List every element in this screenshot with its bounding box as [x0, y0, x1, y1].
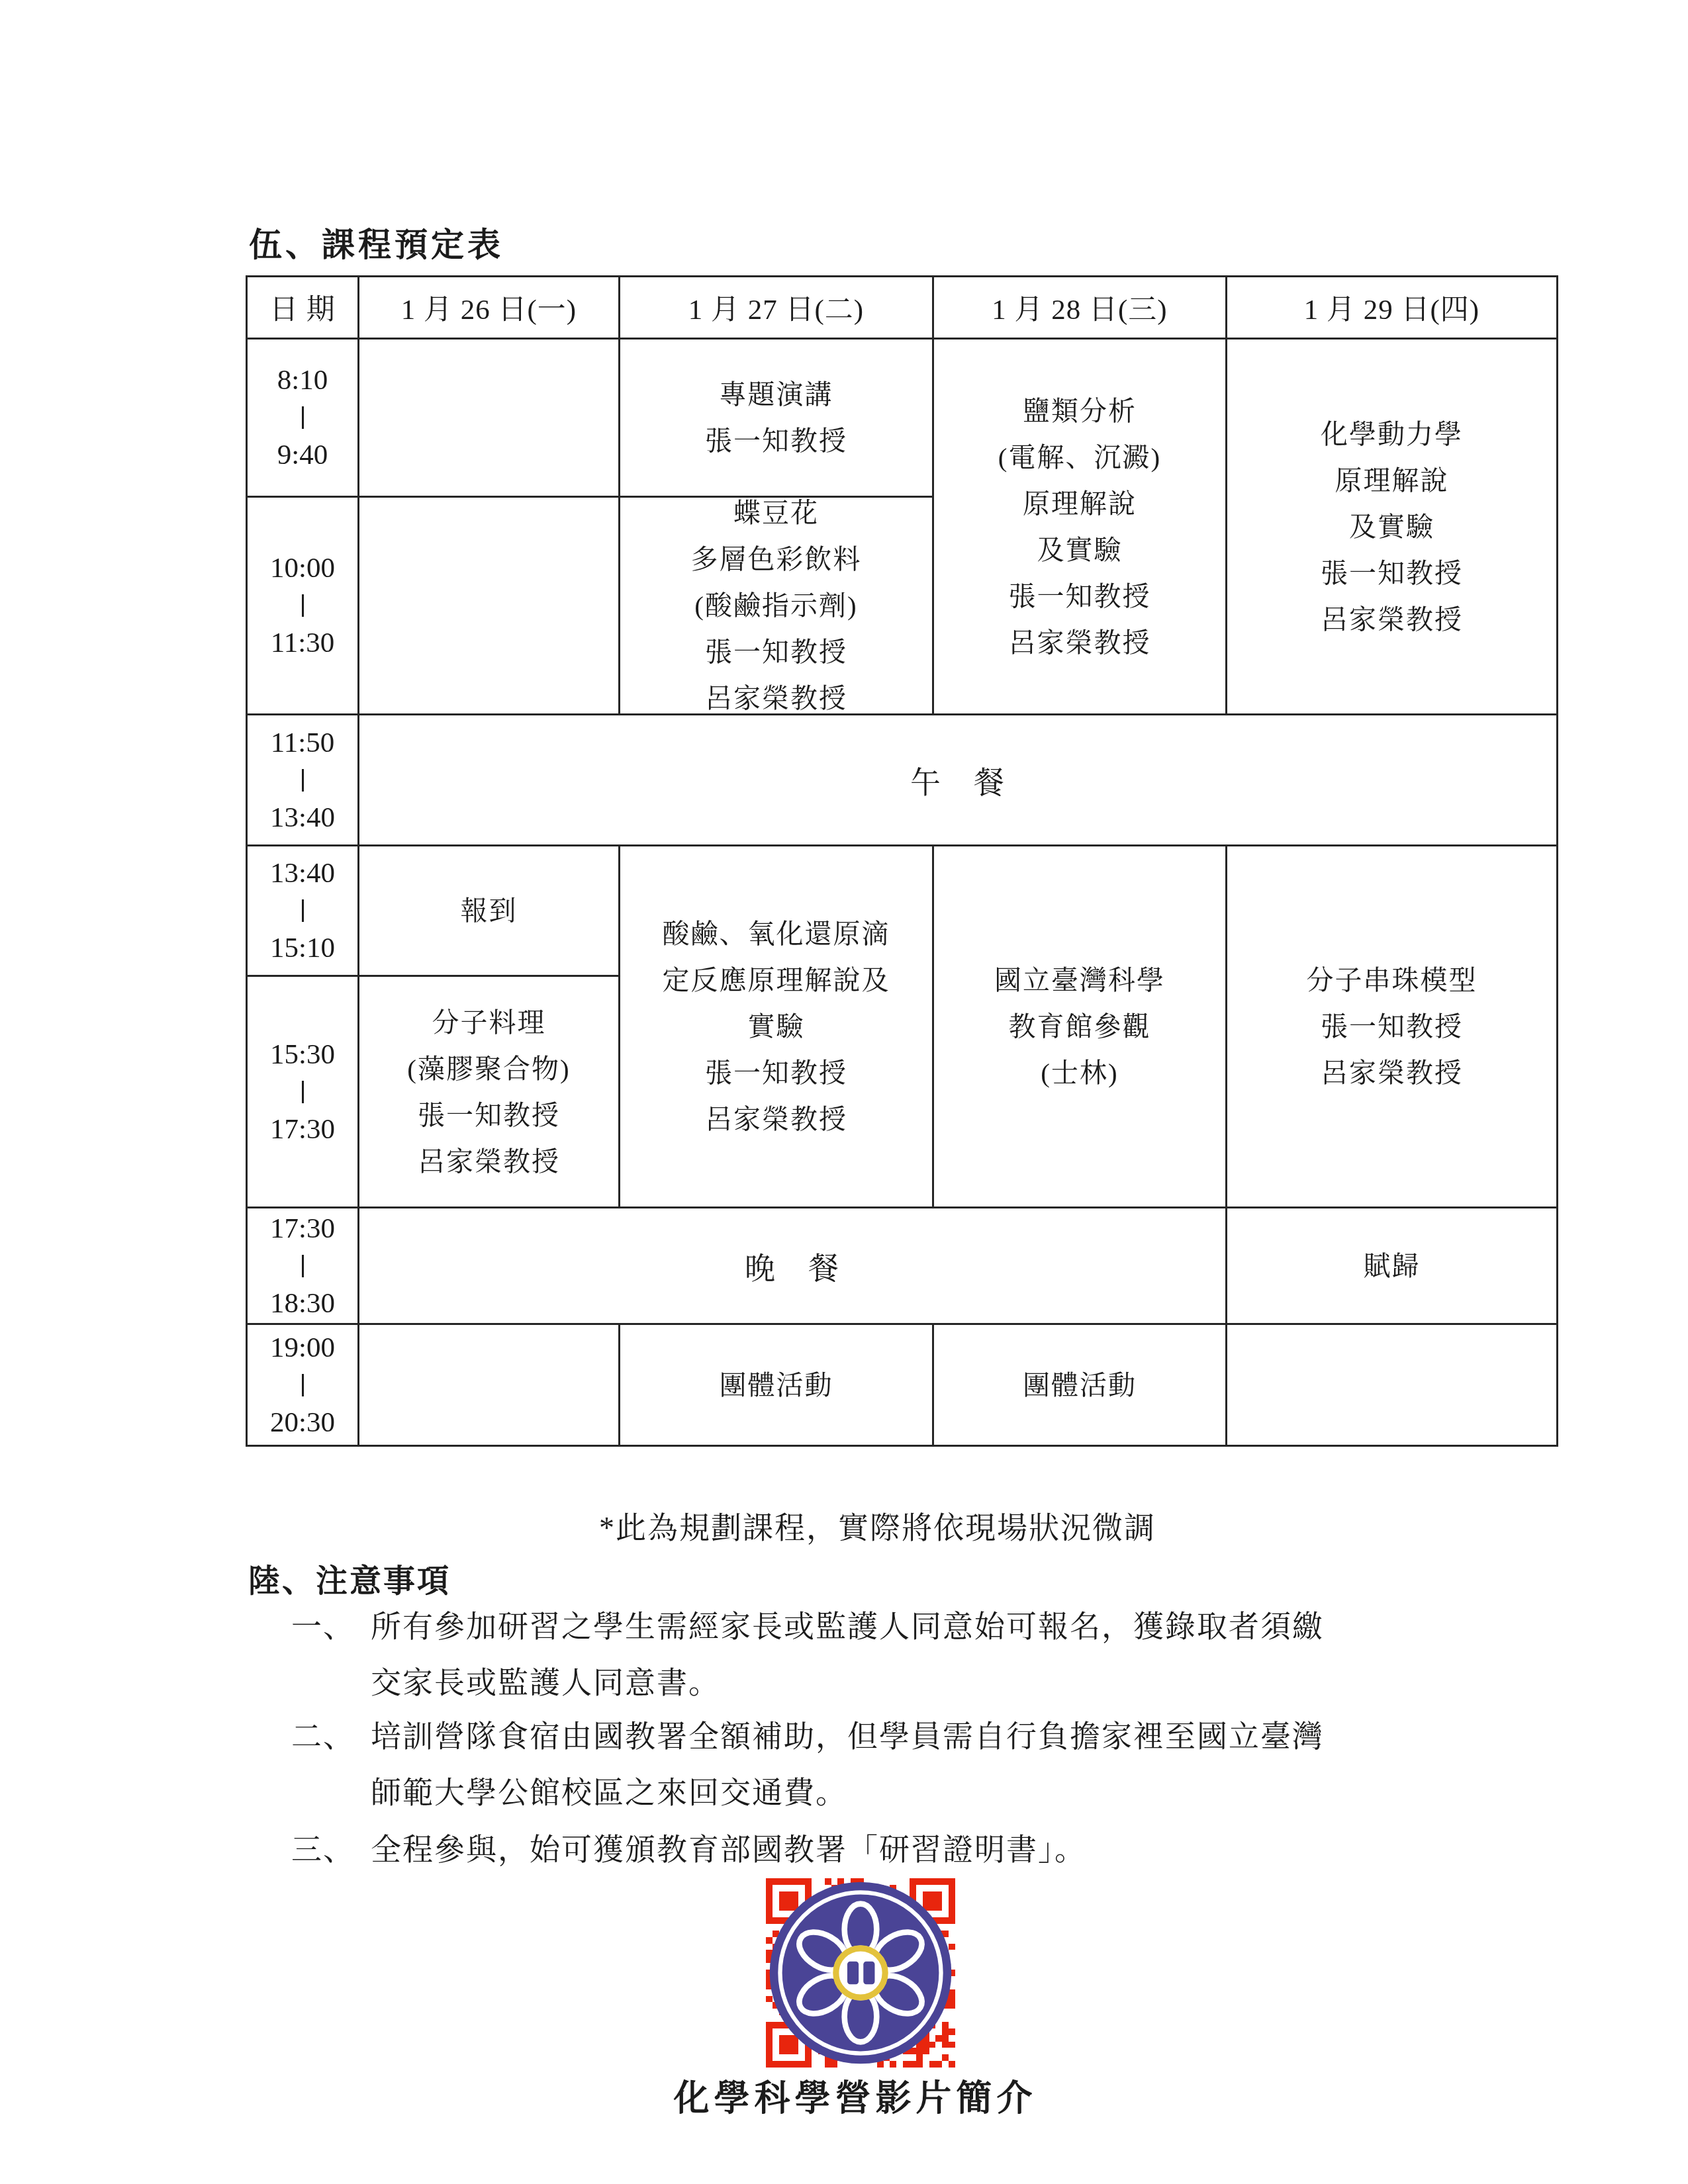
time-end: 18:30 — [270, 1287, 335, 1320]
time-start: 17:30 — [270, 1212, 335, 1245]
notes-heading: 陸、注意事項 — [248, 1555, 451, 1601]
note-item-2-line-1: 二、培訓營隊食宿由國教署全額補助，但學員需自行負擔家裡至國立臺灣 — [291, 1712, 1324, 1756]
time-start: 8:10 — [277, 364, 328, 396]
time-range-bar — [302, 1255, 304, 1277]
time-slot-5: 15:30 17:30 — [248, 977, 359, 1208]
cell-day1-checkin: 報到 — [359, 846, 620, 977]
ntnu-logo — [766, 1878, 955, 2068]
note-item-1-line-2: 交家長或監護人同意書。 — [371, 1659, 720, 1702]
time-slot-3: 11:50 13:40 — [248, 715, 359, 846]
section-title: 伍、課程預定表 — [249, 218, 504, 266]
time-slot-7: 19:00 20:30 — [248, 1325, 359, 1445]
document-page: { "page": { "section5_title": "伍、課程預定表",… — [0, 0, 1688, 2184]
cell-day1-night-empty — [359, 1325, 620, 1445]
time-start: 15:30 — [270, 1038, 335, 1071]
header-day4: 1 月 29 日(四) — [1227, 277, 1556, 340]
cell-day4-return: 賦歸 — [1227, 1208, 1556, 1325]
course-schedule-table: 日 期 1 月 26 日(一) 1 月 27 日(二) 1 月 28 日(三) … — [246, 275, 1558, 1447]
cell-lunch: 午 餐 — [359, 715, 1556, 846]
schedule-footnote: *此為規劃課程，實際將依現場狀況微調 — [599, 1504, 1156, 1547]
time-slot-4: 13:40 15:10 — [248, 846, 359, 977]
cell-day4-bead-model: 分子串珠模型 張一知教授 呂家榮教授 — [1227, 846, 1556, 1208]
note-item-3-line-1: 三、全程參與，始可獲頒教育部國教署「研習證明書」。 — [291, 1825, 1086, 1869]
time-start: 10:00 — [270, 552, 335, 584]
time-range-bar — [302, 1081, 304, 1103]
time-range-bar — [302, 406, 304, 429]
note-item-1-marker: 一、 — [291, 1602, 371, 1646]
note-item-2-line-2: 師範大學公館校區之來回交通費。 — [371, 1768, 847, 1812]
time-slot-1: 8:10 9:40 — [248, 340, 359, 498]
time-start: 11:50 — [271, 727, 334, 759]
cell-day1-morning1-empty — [359, 340, 620, 498]
header-date: 日 期 — [248, 277, 359, 340]
time-end: 20:30 — [270, 1406, 335, 1439]
cell-day2-butterfly-pea: 蝶豆花 多層色彩飲料 (酸鹼指示劑) 張一知教授 呂家榮教授 — [620, 498, 934, 715]
time-start: 13:40 — [270, 857, 335, 889]
cell-day2-lecture: 專題演講 張一知教授 — [620, 340, 934, 498]
note-item-2-marker: 二、 — [291, 1712, 371, 1756]
time-end: 9:40 — [277, 439, 328, 471]
qr-code — [766, 1878, 955, 2068]
cell-day3-group-activity: 團體活動 — [934, 1325, 1227, 1445]
time-end: 17:30 — [270, 1113, 335, 1146]
header-day1: 1 月 26 日(一) — [359, 277, 620, 340]
time-range-bar — [302, 1374, 304, 1396]
cell-day2-group-activity: 團體活動 — [620, 1325, 934, 1445]
cell-day4-morning: 化學動力學 原理解說 及實驗 張一知教授 呂家榮教授 — [1227, 340, 1556, 715]
time-end: 13:40 — [270, 801, 335, 834]
time-start: 19:00 — [270, 1332, 335, 1364]
note-item-3-marker: 三、 — [291, 1825, 371, 1869]
time-range-bar — [302, 594, 304, 617]
header-day3: 1 月 28 日(三) — [934, 277, 1227, 340]
qr-caption: 化學科學營影片簡介 — [674, 2070, 1037, 2121]
time-end: 15:10 — [270, 932, 335, 964]
time-slot-2: 10:00 11:30 — [248, 498, 359, 715]
note-item-1-text: 所有參加研習之學生需經家長或監護人同意始可報名，獲錄取者須繳 — [371, 1610, 1324, 1643]
cell-day3-museum-visit: 國立臺灣科學 教育館參觀 (士林) — [934, 846, 1227, 1208]
header-day2: 1 月 27 日(二) — [620, 277, 934, 340]
cell-dinner: 晚 餐 — [359, 1208, 1227, 1325]
time-range-bar — [302, 899, 304, 922]
time-slot-6: 17:30 18:30 — [248, 1208, 359, 1325]
note-item-2-text: 培訓營隊食宿由國教署全額補助，但學員需自行負擔家裡至國立臺灣 — [371, 1719, 1324, 1753]
cell-day2-afternoon: 酸鹼、氧化還原滴 定反應原理解說及 實驗 張一知教授 呂家榮教授 — [620, 846, 934, 1208]
cell-day3-morning: 鹽類分析 (電解、沉澱) 原理解說 及實驗 張一知教授 呂家榮教授 — [934, 340, 1227, 715]
cell-day1-morning2-empty — [359, 498, 620, 715]
note-item-3-text: 全程參與，始可獲頒教育部國教署「研習證明書」。 — [371, 1833, 1086, 1866]
time-end: 11:30 — [271, 627, 334, 659]
cell-day4-night-empty — [1227, 1325, 1556, 1445]
time-range-bar — [302, 769, 304, 792]
cell-day1-molecular-cuisine: 分子料理 (藻膠聚合物) 張一知教授 呂家榮教授 — [359, 977, 620, 1208]
note-item-1-line-1: 一、所有參加研習之學生需經家長或監護人同意始可報名，獲錄取者須繳 — [291, 1602, 1324, 1646]
